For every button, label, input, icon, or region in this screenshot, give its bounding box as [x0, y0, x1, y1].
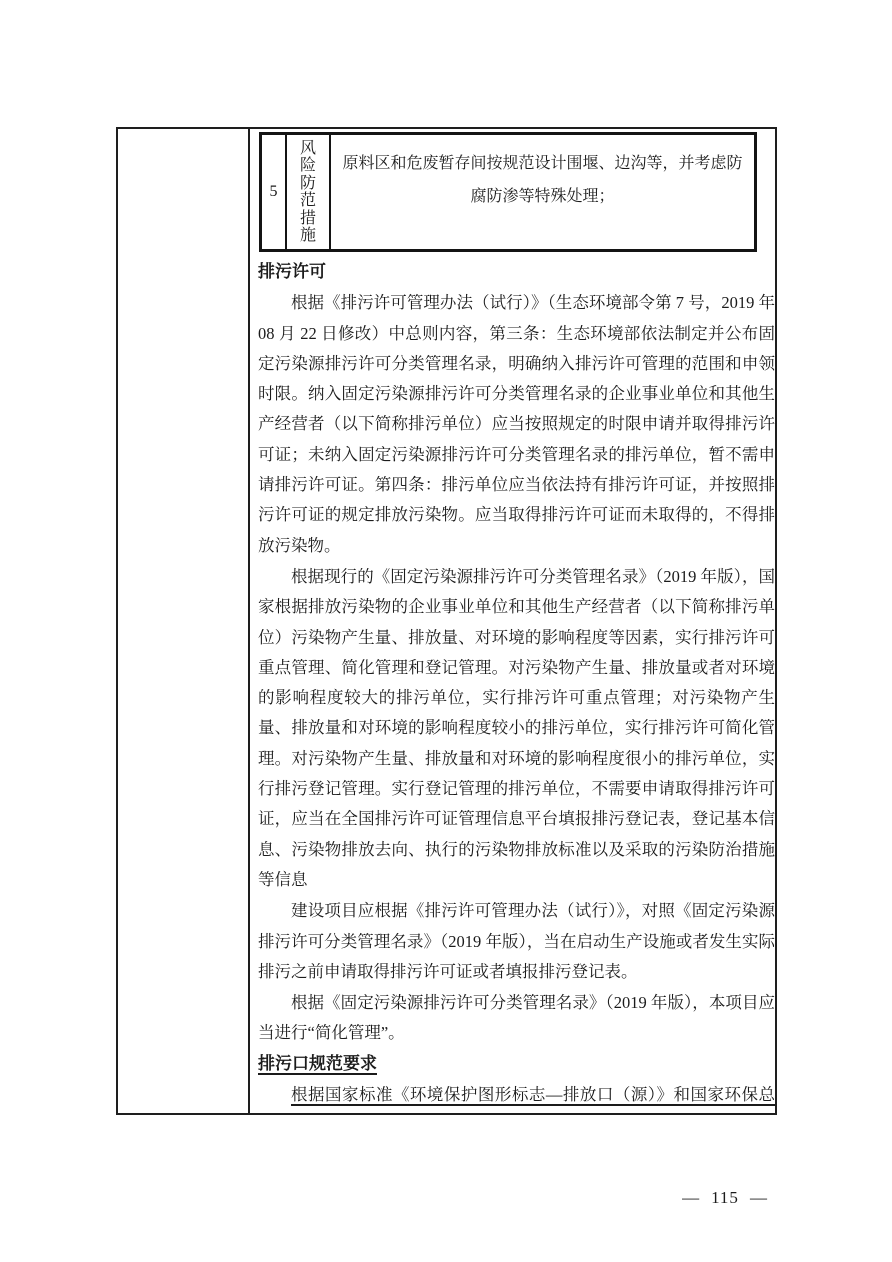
page-footer: —115—: [635, 1188, 815, 1208]
risk-row-index: 5: [270, 183, 278, 201]
permit-section-heading: 排污许可: [258, 257, 775, 287]
outlet-section-heading: 排污口规范要求: [258, 1049, 775, 1079]
risk-category-vertical-label: 风险防范措施: [300, 140, 317, 245]
footer-dash-right: —: [750, 1188, 768, 1207]
permit-paragraph-3: 建设项目应根据《排污许可管理办法（试行）》，对照《固定污染源排污许可分类管理名录…: [258, 896, 775, 987]
risk-category-cell: 风险防范措施: [287, 135, 331, 249]
page-number: 115: [711, 1188, 739, 1207]
permit-paragraph-1: 根据《排污许可管理办法（试行）》（生态环境部令第 7 号，2019 年 08 月…: [258, 288, 775, 561]
risk-row-index-cell: 5: [262, 135, 287, 249]
risk-measure-cell: 原料区和危废暂存间按规范设计围堰、边沟等，并考虑防腐防渗等特殊处理；: [331, 135, 754, 249]
outer-table: 5 风险防范措施 原料区和危废暂存间按规范设计围堰、边沟等，并考虑防腐防渗等特殊…: [116, 127, 777, 1115]
risk-measure-text: 原料区和危废暂存间按规范设计围堰、边沟等，并考虑防腐防渗等特殊处理；: [337, 147, 748, 213]
permit-paragraph-4: 根据《固定污染源排污许可分类管理名录》（2019 年版），本项目应当进行“简化管…: [258, 988, 775, 1049]
outer-table-left-cell: [118, 129, 250, 1113]
footer-dash-left: —: [682, 1188, 700, 1207]
risk-measure-table: 5 风险防范措施 原料区和危废暂存间按规范设计围堰、边沟等，并考虑防腐防渗等特殊…: [259, 132, 757, 252]
document-page: 5 风险防范措施 原料区和危废暂存间按规范设计围堰、边沟等，并考虑防腐防渗等特殊…: [0, 0, 892, 1262]
outlet-paragraph-1: 根据国家标准《环境保护图形标志—排放口（源）》和国家环保总局《排污口规范化整治要…: [258, 1080, 775, 1113]
permit-paragraph-2: 根据现行的《固定污染源排污许可分类管理名录》（2019 年版），国家根据排放污染…: [258, 562, 775, 895]
document-text-block: 排污许可 根据《排污许可管理办法（试行）》（生态环境部令第 7 号，2019 年…: [258, 257, 775, 1113]
outer-table-main-cell: 5 风险防范措施 原料区和危废暂存间按规范设计围堰、边沟等，并考虑防腐防渗等特殊…: [252, 129, 775, 1113]
